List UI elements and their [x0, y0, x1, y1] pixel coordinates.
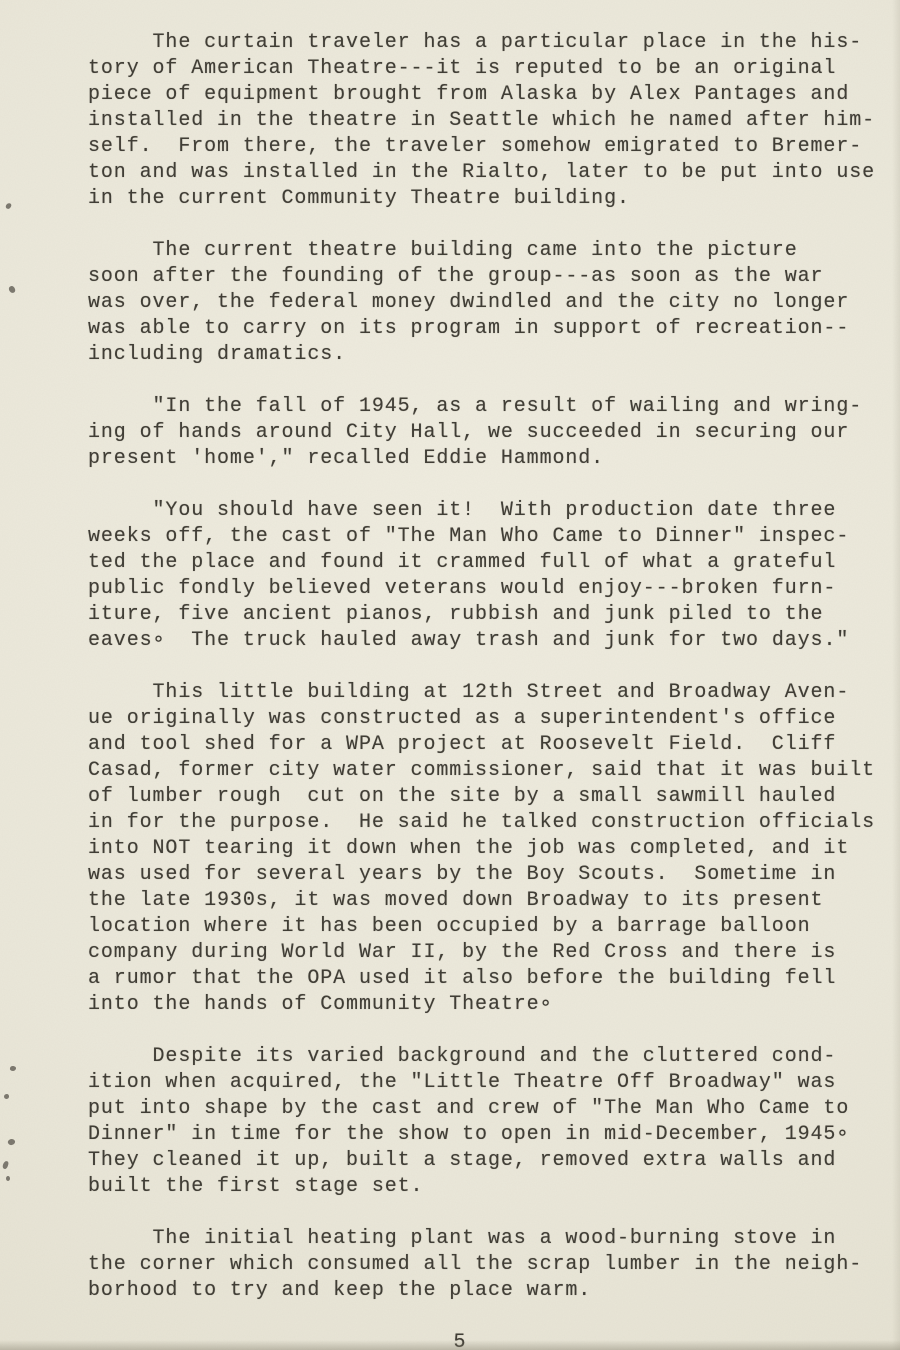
paragraph-you-should-have-seen-it: "You should have seen it! With productio… [88, 498, 888, 654]
paragraph-heating-plant: The initial heating plant was a wood-bur… [88, 1226, 888, 1304]
page-text: The curtain traveler has a particular pl… [88, 30, 888, 1350]
page-right-edge-shadow [892, 0, 900, 1350]
binding-mark [8, 285, 16, 293]
paragraph-curtain-traveler: The curtain traveler has a particular pl… [88, 30, 888, 212]
paragraph-fall-1945-quote: "In the fall of 1945, as a result of wai… [88, 394, 888, 472]
paragraph-current-building: The current theatre building came into t… [88, 238, 888, 368]
binding-mark [7, 1138, 16, 1147]
paragraph-despite-background: Despite its varied background and the cl… [88, 1044, 888, 1200]
document-page: The curtain traveler has a particular pl… [0, 0, 900, 1350]
binding-mark [6, 1176, 10, 1181]
binding-mark [5, 202, 12, 210]
binding-mark [2, 1160, 9, 1169]
paragraph-little-building-history: This little building at 12th Street and … [88, 680, 888, 1018]
binding-mark [10, 1066, 17, 1072]
binding-mark [4, 1094, 9, 1099]
page-number: 5 [88, 1330, 832, 1350]
